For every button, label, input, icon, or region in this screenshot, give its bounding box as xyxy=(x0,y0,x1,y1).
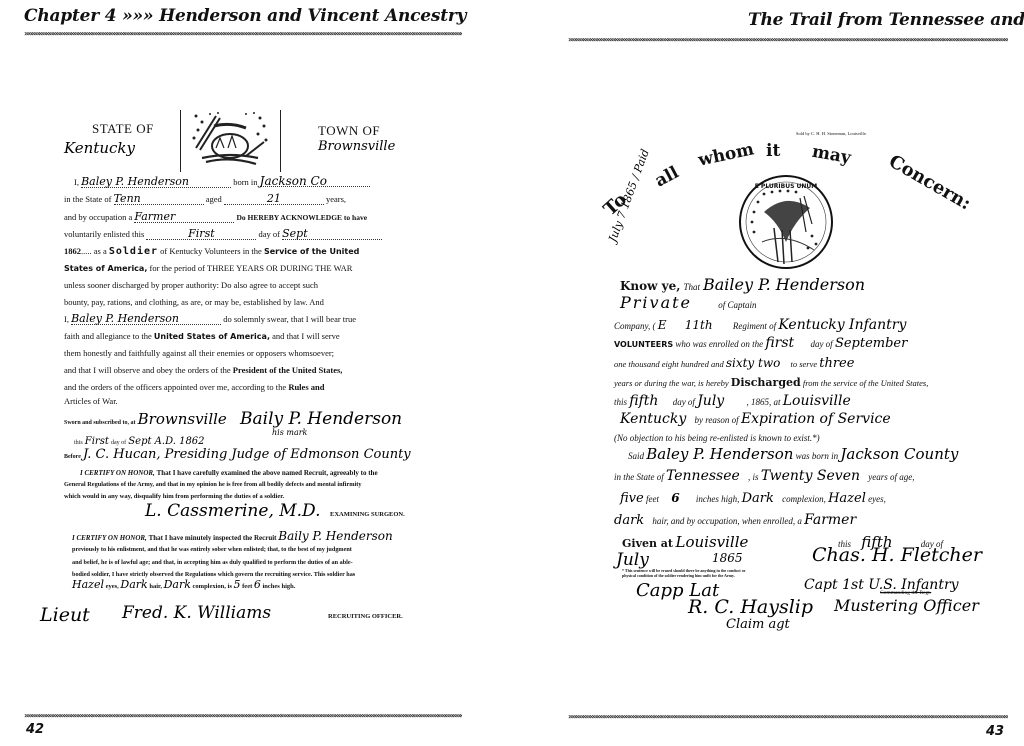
left-page: Chapter 4 »»» Henderson and Vincent Ance… xyxy=(0,0,512,746)
officer-signature: Chas. H. Fletcher xyxy=(812,544,982,566)
title-word-concern: Concern: xyxy=(888,156,972,210)
soldier-name: Bailey P. Henderson xyxy=(703,275,865,294)
discharged-b: from the service of the United States, xyxy=(803,378,929,388)
l9-prefix: I, xyxy=(64,314,69,324)
enrolled-month: September xyxy=(835,336,907,351)
is-label: , is xyxy=(748,472,759,482)
surgeon-signature: L. Cassmerine, M.D. xyxy=(145,500,321,522)
mustering-officer: Mustering Officer xyxy=(834,596,979,616)
state-of-label: STATE OF xyxy=(92,124,154,134)
given-month: July xyxy=(616,550,649,570)
years-of-age: years of age, xyxy=(868,472,914,482)
cert2-l1: That I have minutely inspected the Recru… xyxy=(149,534,277,542)
sworn-label: Sworn and subscribed to, at xyxy=(64,420,136,426)
eyes-value: Hazel xyxy=(828,491,866,506)
know-ye: Know ye, xyxy=(620,279,680,293)
hair-label: hair, and by occupation, when enrolled, … xyxy=(652,516,801,526)
l13-b: Rules and xyxy=(288,382,324,392)
l9-name: Baley P. Henderson xyxy=(71,314,221,325)
day-of2-label: day of xyxy=(111,440,126,446)
said-label: Said xyxy=(628,451,644,461)
born-in-value: Jackson Co xyxy=(260,176,370,187)
cert1-l2: General Regulations of the Army, and tha… xyxy=(64,480,361,490)
no-objection: (No objection to his being re-enlisted i… xyxy=(614,432,820,444)
discharge-place: Louisville xyxy=(783,393,851,409)
occupation-value: Farmer xyxy=(804,512,856,528)
this-day-value: First xyxy=(85,436,109,447)
l3-suffix: Do HEREBY ACKNOWLEDGE to have xyxy=(236,213,367,222)
town-value: Brownsville xyxy=(318,140,395,154)
company-label: Company, ( xyxy=(614,321,656,331)
l12-b: President of the United States, xyxy=(233,365,343,375)
aged-label: aged xyxy=(206,194,222,204)
footnote: * This sentence will be erased should th… xyxy=(622,568,752,578)
in-state: in the State of xyxy=(614,472,664,482)
right-page: The Trail from Tennessee and Beyond »»»»… xyxy=(512,0,1024,746)
this-label: this xyxy=(614,397,627,407)
cert2-eyes: Hazel xyxy=(72,578,104,591)
said-name: Baley P. Henderson xyxy=(646,445,793,463)
l5-soldier: Soldier xyxy=(109,246,158,257)
l12-a: and that I will observe and obey the ord… xyxy=(64,365,231,375)
officer-signature: Fred. K. Williams xyxy=(122,602,271,624)
l13-a: and the orders of the officers appointed… xyxy=(64,382,286,392)
cert2-title: I CERTIFY ON HONOR, xyxy=(72,534,147,542)
regiment-number: 11th xyxy=(685,318,713,332)
discharge-reason: Expiration of Service xyxy=(741,411,891,427)
chevron-rule-top: »»»»»»»»»»»»»»»»»»»»»»»»»»»»»»»»»»»»»»»»… xyxy=(568,36,1008,44)
title-word-may: may xyxy=(811,147,851,164)
inches-label: inches high, xyxy=(696,494,740,504)
l5-rest: of Kentucky Volunteers in the xyxy=(160,246,262,256)
year-text: one thousand eight hundred and xyxy=(614,359,724,369)
before-label: Before xyxy=(64,454,81,460)
l10-c: and that I will serve xyxy=(272,331,340,341)
day-of-label: day of xyxy=(259,229,280,239)
cert2-complexion: Dark xyxy=(164,578,191,591)
l11: them honestly and faithfully against all… xyxy=(64,348,334,358)
seal-bracket-left xyxy=(180,110,181,172)
discharge-month: July xyxy=(697,393,724,409)
cert2-inches: 6 xyxy=(254,578,261,591)
discharged-word: Discharged xyxy=(731,376,801,389)
town-of-label: TOWN OF xyxy=(318,126,380,136)
given-at: Given at xyxy=(622,537,673,550)
surgeon-label: EXAMINING SURGEON. xyxy=(330,510,405,520)
discharged-a: years or during the war, is hereby xyxy=(614,378,729,388)
seal-bracket-right xyxy=(280,110,281,172)
printer-line: Sold by C. H. H. Stoneman, Louisville. xyxy=(796,129,867,139)
l6-states: States of America, xyxy=(64,264,147,273)
regiment-label: Regiment of xyxy=(733,321,776,331)
chevron-rule-top: »»»»»»»»»»»»»»»»»»»»»»»»»»»»»»»»»»»»»»»»… xyxy=(24,30,462,38)
enlist-day: First xyxy=(146,229,256,240)
cert1-title: I CERTIFY ON HONOR, xyxy=(80,469,155,477)
born-in-label: born in xyxy=(233,177,257,187)
volunteers-label: VOLUNTEERS xyxy=(614,340,673,349)
discharge-day: fifth xyxy=(629,393,658,409)
cert1-l1: That I have carefully examined the above… xyxy=(157,469,378,477)
chevron-rule-bottom: »»»»»»»»»»»»»»»»»»»»»»»»»»»»»»»»»»»»»»»»… xyxy=(568,713,1008,721)
cert2-l2: previously to his enlistment, and that h… xyxy=(72,545,352,555)
eagle-seal-icon: E PLURIBUS UNUM xyxy=(734,172,838,272)
day-of-2: day of xyxy=(673,397,695,407)
height-feet: five xyxy=(620,491,644,506)
hair-value: dark xyxy=(614,513,644,528)
by-reason: by reason of xyxy=(695,415,739,425)
enrolled-day: first xyxy=(765,335,794,351)
title-word-all: all xyxy=(654,167,680,187)
month2-value: Sept A.D. 1862 xyxy=(128,436,204,447)
sworn-place: Brownsville xyxy=(138,410,227,428)
year-value: sixty two xyxy=(726,356,781,370)
l8: bounty, pay, rations, and clothing, as a… xyxy=(64,297,324,307)
l1-prefix: I, xyxy=(74,177,79,187)
serve-value: three xyxy=(819,356,854,371)
cert2-hair: Dark xyxy=(120,578,147,591)
l5-service: Service of the United xyxy=(264,247,359,256)
chevron-rule-bottom: »»»»»»»»»»»»»»»»»»»»»»»»»»»»»»»»»»»»»»»»… xyxy=(24,712,462,720)
feet-label: feet xyxy=(646,494,659,504)
years-label: years, xyxy=(326,194,346,204)
born-place: Jackson County xyxy=(840,445,958,463)
left-signature-3: Claim agt xyxy=(726,616,790,634)
signature-mark: his mark xyxy=(272,428,307,438)
officer-rank: Lieut xyxy=(40,604,90,626)
age-value: 21 xyxy=(224,194,324,205)
cert2-hair-label: hair, xyxy=(149,583,162,590)
discharge-year: , 1865, at xyxy=(746,397,780,407)
enlist-month: Sept xyxy=(282,229,382,240)
cert2-inches-label: inches high. xyxy=(263,583,296,590)
page-number-left: 42 xyxy=(26,722,44,737)
day-of-label: day of xyxy=(810,339,832,349)
page-number-right: 43 xyxy=(986,724,1004,739)
l9-rest: do solemnly swear, that I will bear true xyxy=(223,314,356,324)
recruit-name: Baley P. Henderson xyxy=(81,177,231,188)
left-signature-2: R. C. Hayslip xyxy=(688,596,813,618)
company-value: E xyxy=(658,318,667,332)
l10-a: faith and allegiance to the xyxy=(64,331,152,341)
to-serve: to serve xyxy=(790,359,817,369)
this-day-label: this xyxy=(74,440,83,446)
born-state: Tennessee xyxy=(666,468,740,484)
book-header: The Trail from Tennessee and Beyond xyxy=(748,10,1024,30)
l4-prefix: voluntarily enlisted this xyxy=(64,229,144,239)
complexion-label: complexion, xyxy=(782,494,826,504)
enlist-year: 1862 xyxy=(64,246,81,256)
l2-prefix: in the State of xyxy=(64,194,111,204)
l3-prefix: and by occupation a xyxy=(64,212,132,222)
l7: unless sooner discharged by proper autho… xyxy=(64,280,318,290)
cert2-l4: bodied soldier, I have strictly observed… xyxy=(72,570,355,580)
title-word-it: it xyxy=(766,146,780,156)
before-value: J. C. Hucan, Presiding Judge of Edmonson… xyxy=(83,447,411,462)
cert2-feet-label: feet xyxy=(242,583,252,590)
soldier-rank: Private xyxy=(620,293,692,312)
age-value: Twenty Seven xyxy=(761,468,860,484)
cert2-l3: and belief, he is of lawful age; and tha… xyxy=(72,558,353,568)
discharge-state: Kentucky xyxy=(620,411,686,427)
title-word-whom: whom xyxy=(698,144,755,165)
l14: Articles of War. xyxy=(64,396,118,406)
l6-rest: for the period of THREE YEARS OR DURING … xyxy=(150,263,353,273)
given-year: 1865 xyxy=(712,548,743,568)
cert2-eyes-label: eyes, xyxy=(106,583,119,590)
state-value: Kentucky xyxy=(64,140,135,156)
l5-as: as a xyxy=(94,246,107,256)
chapter-header: Chapter 4 »»» Henderson and Vincent Ance… xyxy=(24,6,466,26)
state-born: Tenn xyxy=(114,194,204,205)
cert2-name: Baily P. Henderson xyxy=(278,529,392,543)
l10-b: United States of America, xyxy=(154,332,270,341)
occupation: Farmer xyxy=(134,212,234,223)
height-inches: 6 xyxy=(671,491,679,505)
that-label: That xyxy=(683,282,700,292)
complexion-value: Dark xyxy=(742,491,774,506)
enrolled-text: who was enrolled on the xyxy=(675,339,763,349)
seal-motto: E PLURIBUS UNUM xyxy=(755,183,818,190)
regiment-value: Kentucky Infantry xyxy=(778,317,906,333)
recruit-signature: Baily P. Henderson xyxy=(240,410,402,428)
officer-label: RECRUITING OFFICER. xyxy=(328,612,403,622)
eyes-label: eyes, xyxy=(868,494,886,504)
cert2-feet: 5 xyxy=(234,578,241,591)
state-seal-icon xyxy=(186,108,274,170)
cert2-complexion-label: complexion, is xyxy=(193,583,232,590)
was-born: was born in xyxy=(796,451,839,461)
of-captain: of Captain xyxy=(718,300,756,310)
